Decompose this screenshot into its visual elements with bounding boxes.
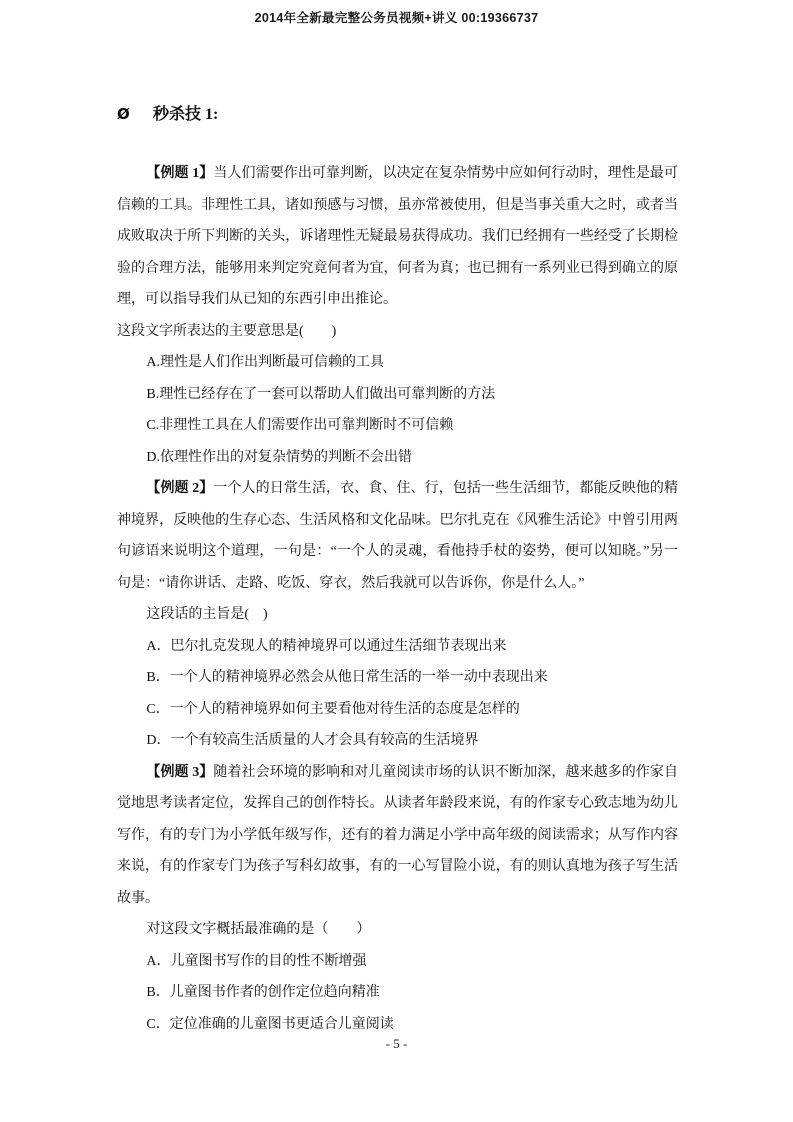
question-label: 【例题 1】	[146, 166, 213, 181]
answer-option: B．一个人的精神境界必然会从他日常生活的一举一动中表现出来	[117, 662, 678, 694]
question-body: 【例题 2】一个人的日常生活，衣、食、住、行，包括一些生活细节，都能反映他的精神…	[117, 473, 678, 599]
answer-option: D．一个有较高生活质量的人才会具有较高的生活境界	[117, 725, 678, 757]
page-header: 2014年全新最完整公务员视频+讲义 00:19366737	[0, 8, 793, 26]
answer-option: C.非理性工具在人们需要作出可靠判断时不可信赖	[117, 410, 678, 442]
section-title-text: 秒杀技 1:	[153, 106, 218, 123]
document-page: 2014年全新最完整公务员视频+讲义 00:19366737 Ø秒杀技 1: 【…	[0, 0, 793, 1122]
question-body: 【例题 3】随着社会环境的影响和对儿童阅读市场的认识不断加深，越来越多的作家自觉…	[117, 757, 678, 915]
question-stem: 对这段文字概括最准确的是（ ）	[117, 914, 678, 946]
arrow-bullet-icon: Ø	[117, 103, 153, 125]
question-block: 【例题 3】随着社会环境的影响和对儿童阅读市场的认识不断加深，越来越多的作家自觉…	[117, 757, 678, 1041]
question-block: 【例题 1】当人们需要作出可靠判断，以决定在复杂情势中应如何行动时，理性是最可信…	[117, 158, 678, 473]
answer-option: A．儿童图书写作的目的性不断增强	[117, 946, 678, 978]
answer-option: C．一个人的精神境界如何主要看他对待生活的态度是怎样的	[117, 694, 678, 726]
question-label: 【例题 3】	[146, 765, 213, 780]
questions-list: 【例题 1】当人们需要作出可靠判断，以决定在复杂情势中应如何行动时，理性是最可信…	[117, 158, 678, 1040]
answer-option: D.依理性作出的对复杂情势的判断不会出错	[117, 442, 678, 474]
answer-option: A．巴尔扎克发现人的精神境界可以通过生活细节表现出来	[117, 631, 678, 663]
page-number: - 5 -	[0, 1036, 793, 1052]
answer-option: B．儿童图书作者的创作定位趋向精准	[117, 977, 678, 1009]
question-body-text: 当人们需要作出可靠判断，以决定在复杂情势中应如何行动时，理性是最可信赖的工具。非…	[117, 166, 678, 307]
question-body: 【例题 1】当人们需要作出可靠判断，以决定在复杂情势中应如何行动时，理性是最可信…	[117, 158, 678, 316]
question-stem: 这段话的主旨是( )	[117, 599, 678, 631]
document-content: Ø秒杀技 1: 【例题 1】当人们需要作出可靠判断，以决定在复杂情势中应如何行动…	[117, 103, 678, 1040]
question-body-text: 一个人的日常生活，衣、食、住、行，包括一些生活细节，都能反映他的精神境界，反映他…	[117, 481, 678, 591]
question-block: 【例题 2】一个人的日常生活，衣、食、住、行，包括一些生活细节，都能反映他的精神…	[117, 473, 678, 757]
question-label: 【例题 2】	[146, 481, 213, 496]
question-stem: 这段文字所表达的主要意思是( )	[117, 316, 678, 348]
section-heading: Ø秒杀技 1:	[117, 103, 678, 126]
answer-option: A.理性是人们作出判断最可信赖的工具	[117, 347, 678, 379]
question-body-text: 随着社会环境的影响和对儿童阅读市场的认识不断加深，越来越多的作家自觉地思考读者定…	[117, 765, 678, 906]
answer-option: B.理性已经存在了一套可以帮助人们做出可靠判断的方法	[117, 379, 678, 411]
